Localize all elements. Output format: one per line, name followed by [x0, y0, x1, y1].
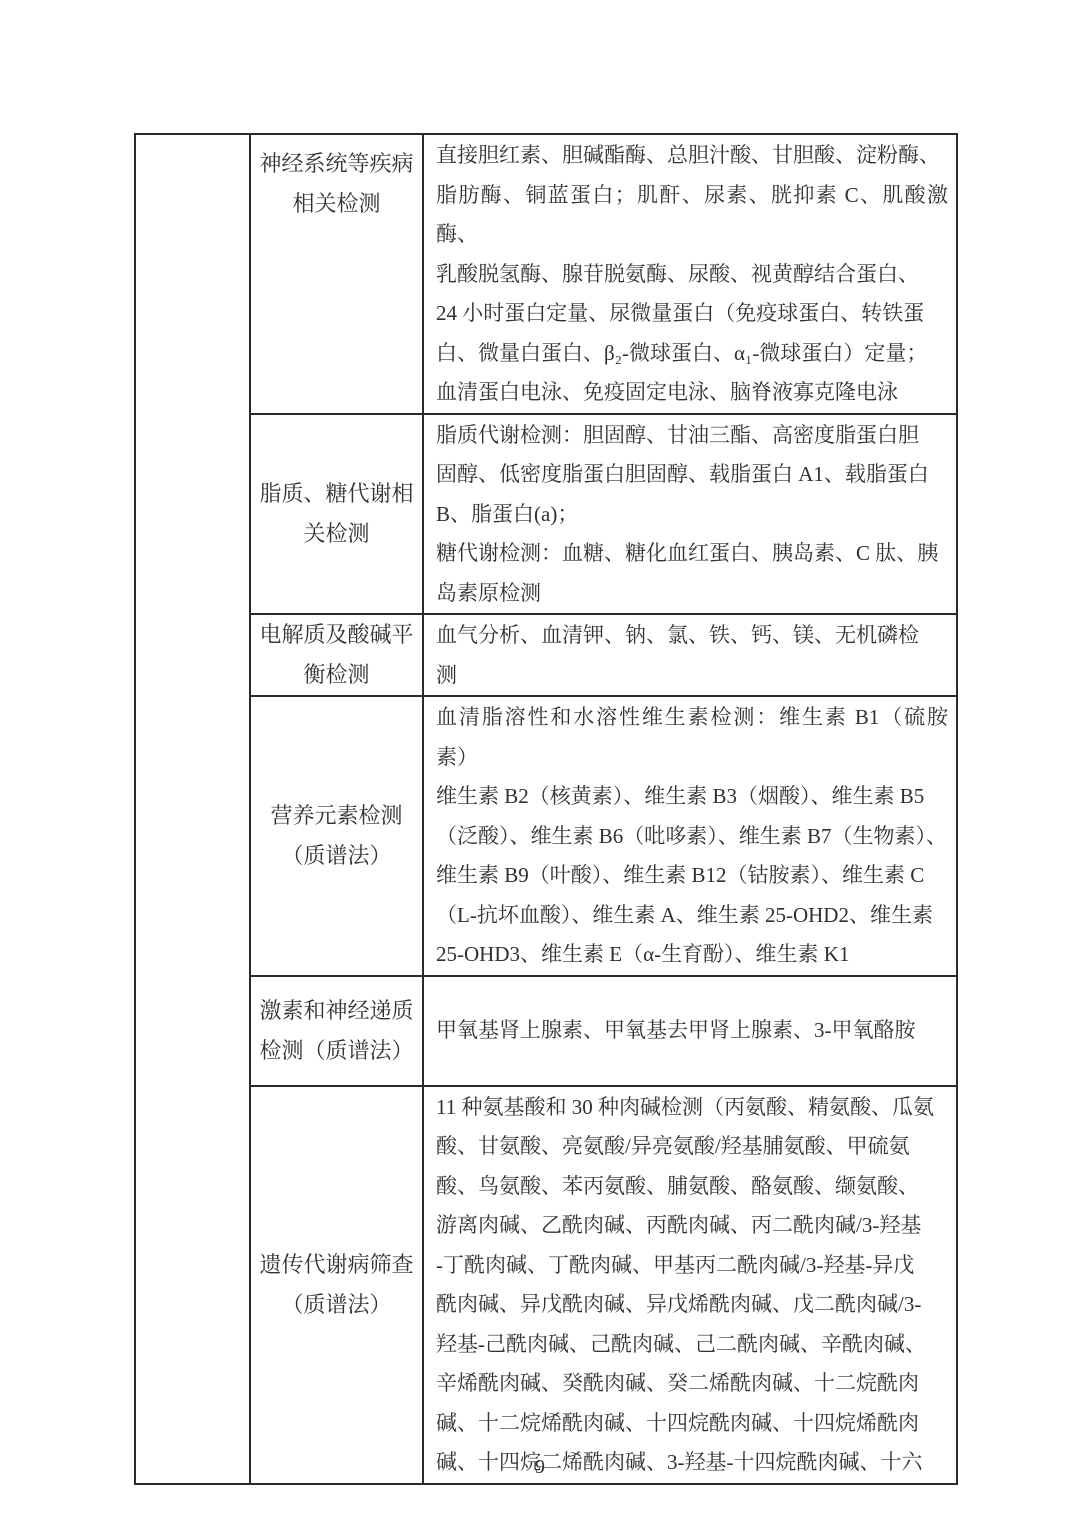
row-label: 激素和神经递质 检测（质谱法）	[259, 991, 413, 1071]
table-row: 营养元素检测 （质谱法） 血清脂溶性和水溶性维生素检测：维生素 B1（硫胺素） …	[135, 696, 957, 976]
lab-tests-table: 神经系统等疾病 相关检测 直接胆红素、胆碱酯酶、总胆汁酸、甘胆酸、淀粉酶、 脂肪…	[134, 133, 958, 1485]
row-content: 直接胆红素、胆碱酯酶、总胆汁酸、甘胆酸、淀粉酶、 脂肪酶、铜蓝蛋白；肌酐、尿素、…	[424, 135, 956, 413]
row-label: 电解质及酸碱平 衡检测	[259, 615, 413, 695]
document-page: 神经系统等疾病 相关检测 直接胆红素、胆碱酯酶、总胆汁酸、甘胆酸、淀粉酶、 脂肪…	[0, 0, 1080, 1527]
row-content-cell: 甲氧基肾上腺素、甲氧基去甲肾上腺素、3-甲氧酪胺	[423, 976, 957, 1086]
table-row: 遗传代谢病筛查 （质谱法） 11 种氨基酸和 30 种肉碱检测（丙氨酸、精氨酸、…	[135, 1086, 957, 1484]
row-content-cell: 脂质代谢检测：胆固醇、甘油三酯、高密度脂蛋白胆 固醇、低密度脂蛋白胆固醇、载脂蛋…	[423, 414, 957, 615]
row-content: 11 种氨基酸和 30 种肉碱检测（丙氨酸、精氨酸、瓜氨 酸、甘氨酸、亮氨酸/异…	[424, 1087, 956, 1483]
row-label: 脂质、糖代谢相 关检测	[259, 474, 413, 554]
row-content-cell: 11 种氨基酸和 30 种肉碱检测（丙氨酸、精氨酸、瓜氨 酸、甘氨酸、亮氨酸/异…	[423, 1086, 957, 1484]
row-content-cell: 血气分析、血清钾、钠、氯、铁、钙、镁、无机磷检 测	[423, 614, 957, 696]
row-label-cell: 激素和神经递质 检测（质谱法）	[250, 976, 423, 1086]
row-content: 血清脂溶性和水溶性维生素检测：维生素 B1（硫胺素） 维生素 B2（核黄素）、维…	[424, 697, 956, 975]
row-content-cell: 血清脂溶性和水溶性维生素检测：维生素 B1（硫胺素） 维生素 B2（核黄素）、维…	[423, 696, 957, 976]
row-label-cell: 脂质、糖代谢相 关检测	[250, 414, 423, 615]
row-label: 神经系统等疾病 相关检测	[259, 135, 413, 224]
row-label-cell: 电解质及酸碱平 衡检测	[250, 614, 423, 696]
row-label: 营养元素检测 （质谱法）	[270, 796, 402, 876]
row-label-cell: 营养元素检测 （质谱法）	[250, 696, 423, 976]
row-content-cell: 直接胆红素、胆碱酯酶、总胆汁酸、甘胆酸、淀粉酶、 脂肪酶、铜蓝蛋白；肌酐、尿素、…	[423, 134, 957, 414]
row-label-cell: 神经系统等疾病 相关检测	[250, 134, 423, 414]
row-content: 甲氧基肾上腺素、甲氧基去甲肾上腺素、3-甲氧酪胺	[424, 1010, 956, 1051]
table-row: 激素和神经递质 检测（质谱法） 甲氧基肾上腺素、甲氧基去甲肾上腺素、3-甲氧酪胺	[135, 976, 957, 1086]
row-label: 遗传代谢病筛查 （质谱法）	[259, 1245, 413, 1325]
row-content: 脂质代谢检测：胆固醇、甘油三酯、高密度脂蛋白胆 固醇、低密度脂蛋白胆固醇、载脂蛋…	[424, 415, 956, 614]
row-content: 血气分析、血清钾、钠、氯、铁、钙、镁、无机磷检 测	[424, 615, 956, 695]
spanning-empty-cell	[135, 134, 250, 1484]
table-row: 电解质及酸碱平 衡检测 血气分析、血清钾、钠、氯、铁、钙、镁、无机磷检 测	[135, 614, 957, 696]
table-row: 脂质、糖代谢相 关检测 脂质代谢检测：胆固醇、甘油三酯、高密度脂蛋白胆 固醇、低…	[135, 414, 957, 615]
page-number: 9	[0, 1456, 1080, 1479]
table-row: 神经系统等疾病 相关检测 直接胆红素、胆碱酯酶、总胆汁酸、甘胆酸、淀粉酶、 脂肪…	[135, 134, 957, 414]
row-label-cell: 遗传代谢病筛查 （质谱法）	[250, 1086, 423, 1484]
